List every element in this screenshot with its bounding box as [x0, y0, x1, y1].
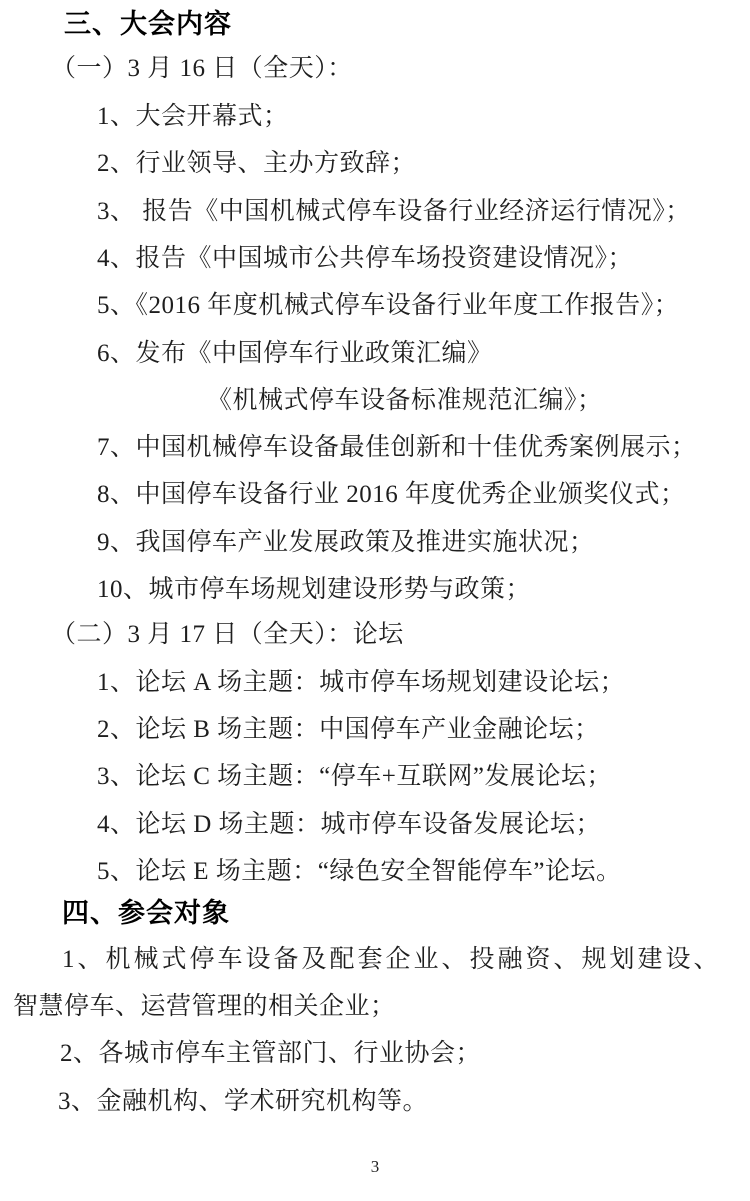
day1-item-10: 10、城市停车场规划建设形势与政策；: [97, 575, 531, 605]
day2-forum-d: 4、论坛 D 场主题：城市停车设备发展论坛；: [97, 810, 601, 840]
day1-item-5: 5、《2016 年度机械式停车设备行业年度工作报告》；: [97, 291, 679, 321]
day2-subheading: （二）3 月 17 日（全天）：论坛: [51, 620, 404, 650]
day1-item-4: 4、报告《中国城市公共停车场投资建设情况》；: [97, 244, 633, 274]
day2-forum-a: 1、论坛 A 场主题：城市停车场规划建设论坛；: [97, 668, 625, 698]
attendees-item-1: 1、机械式停车设备及配套企业、投融资、规划建设、: [62, 945, 722, 975]
day1-item-8: 8、中国停车设备行业 2016 年度优秀企业颁奖仪式；: [97, 480, 686, 510]
day1-item-6-continuation: 《机械式停车设备标准规范汇编》；: [207, 386, 603, 416]
attendees-item-2: 2、各城市停车主管部门、行业协会；: [60, 1039, 481, 1069]
day2-forum-c: 3、论坛 C 场主题：“停车+互联网”发展论坛；: [97, 762, 612, 792]
section-heading-meeting-content: 三、大会内容: [64, 8, 232, 40]
page-number: 3: [0, 1157, 750, 1177]
attendees-item-1-continuation: 智慧停车、运营管理的相关企业；: [13, 992, 396, 1022]
attendees-item-3: 3、金融机构、学术研究机构等。: [58, 1087, 428, 1117]
day1-item-2: 2、行业领导、主办方致辞；: [97, 149, 416, 179]
day1-item-3: 3、 报告《中国机械式停车设备行业经济运行情况》；: [97, 197, 691, 227]
day2-forum-b: 2、论坛 B 场主题：中国停车产业金融论坛；: [97, 715, 600, 745]
document-page: 三、大会内容 （一）3 月 16 日（全天）： 1、大会开幕式； 2、行业领导、…: [0, 0, 750, 1201]
day1-item-9: 9、我国停车产业发展政策及推进实施状况；: [97, 528, 595, 558]
section-heading-attendees: 四、参会对象: [62, 897, 230, 929]
day1-item-1: 1、大会开幕式；: [97, 102, 289, 132]
day2-forum-e: 5、论坛 E 场主题：“绿色安全智能停车”论坛。: [97, 857, 621, 887]
day1-item-6: 6、发布《中国停车行业政策汇编》: [97, 339, 493, 369]
day1-item-7: 7、中国机械停车设备最佳创新和十佳优秀案例展示；: [97, 433, 697, 463]
day1-subheading: （一）3 月 16 日（全天）：: [51, 54, 353, 84]
